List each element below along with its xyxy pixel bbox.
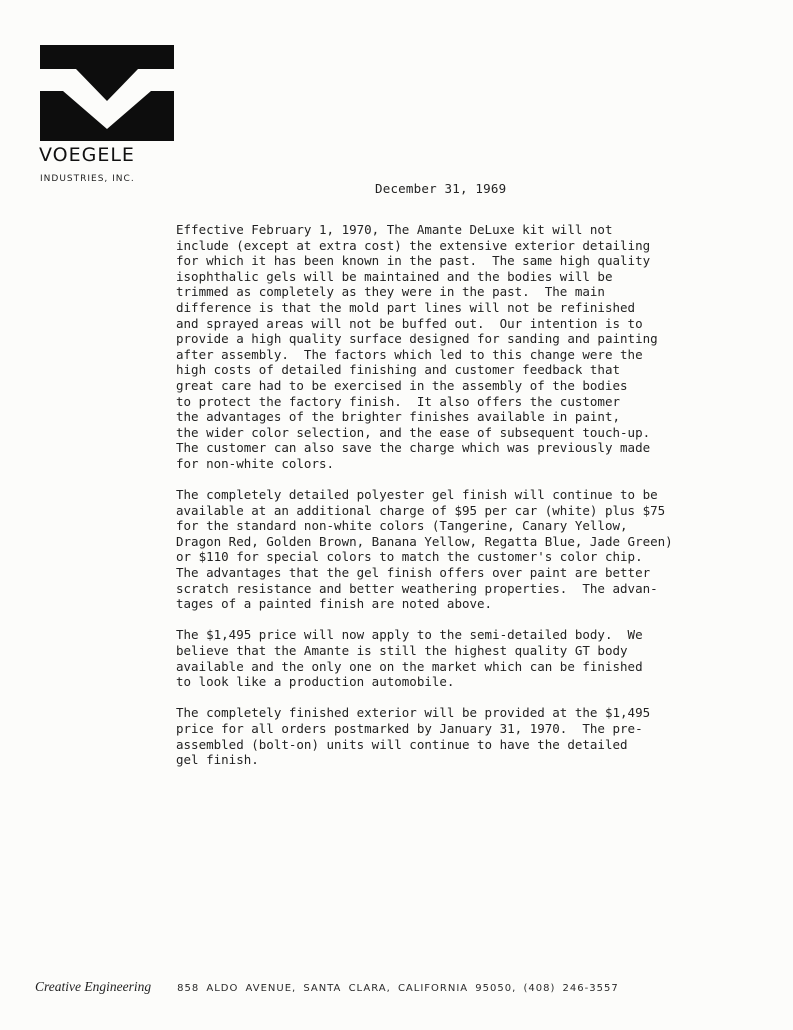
letterhead-footer: Creative Engineering 858 ALDO AVENUE, SA…	[35, 979, 775, 999]
paragraph-price-semi-detailed: The $1,495 price will now apply to the s…	[176, 627, 756, 689]
voegele-v-logo-icon	[40, 45, 174, 141]
letter-page: VOEGELE INDUSTRIES, INC. December 31, 19…	[0, 0, 793, 1030]
paragraph-gel-finish-pricing: The completely detailed polyester gel fi…	[176, 487, 756, 612]
paragraph-kit-change: Effective February 1, 1970, The Amante D…	[176, 222, 756, 472]
company-subtitle: INDUSTRIES, INC.	[40, 175, 135, 184]
footer-tagline: Creative Engineering	[35, 979, 151, 995]
company-name: VOEGELE	[39, 146, 135, 165]
paragraph-order-deadline: The completely finished exterior will be…	[176, 705, 756, 767]
letter-body: Effective February 1, 1970, The Amante D…	[176, 222, 756, 783]
footer-address: 858 ALDO AVENUE, SANTA CLARA, CALIFORNIA…	[177, 983, 619, 994]
letter-date: December 31, 1969	[375, 181, 506, 196]
